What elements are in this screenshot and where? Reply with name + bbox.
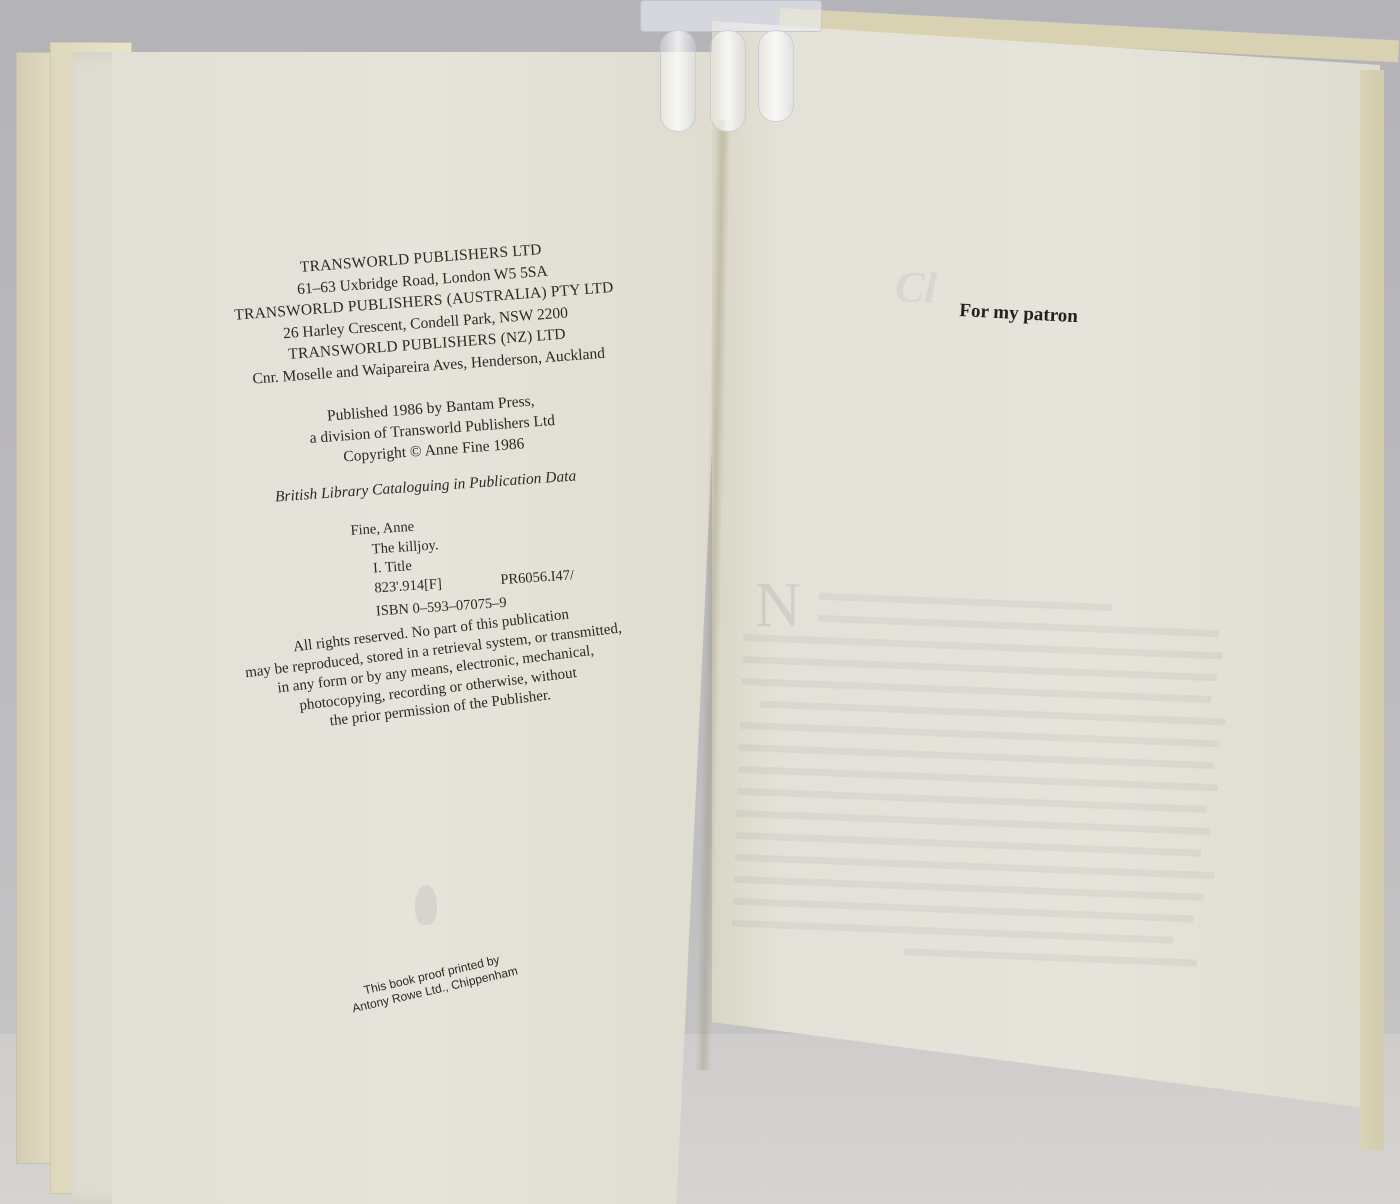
ghost-line <box>735 832 1200 857</box>
ghost-line <box>743 634 1223 659</box>
ghost-line <box>735 854 1215 879</box>
clip-tooth <box>660 30 696 132</box>
ghost-line <box>738 766 1218 791</box>
ghost-line <box>742 656 1217 681</box>
show-through-logo-icon <box>415 885 437 925</box>
ghost-line <box>741 678 1211 703</box>
cip-dewey: 823'.914[F] <box>374 575 443 599</box>
clip-tooth <box>758 30 794 122</box>
ghost-line <box>732 920 1173 944</box>
ghost-line <box>740 722 1220 747</box>
ghost-line <box>739 744 1214 769</box>
ghost-line <box>903 948 1197 966</box>
show-through-text <box>729 590 1235 1029</box>
ghost-line <box>734 876 1204 901</box>
show-through-heading: Cl <box>894 261 938 314</box>
ghost-line <box>737 788 1207 813</box>
ghost-line <box>760 701 1225 726</box>
cip-lc-number: PR6056.I47/ <box>500 566 575 590</box>
page-clip <box>640 0 830 130</box>
ghost-line <box>817 615 1219 637</box>
ghost-line <box>733 898 1194 923</box>
ghost-line <box>736 810 1211 835</box>
clip-bar <box>640 0 822 32</box>
clip-tooth <box>710 30 746 132</box>
